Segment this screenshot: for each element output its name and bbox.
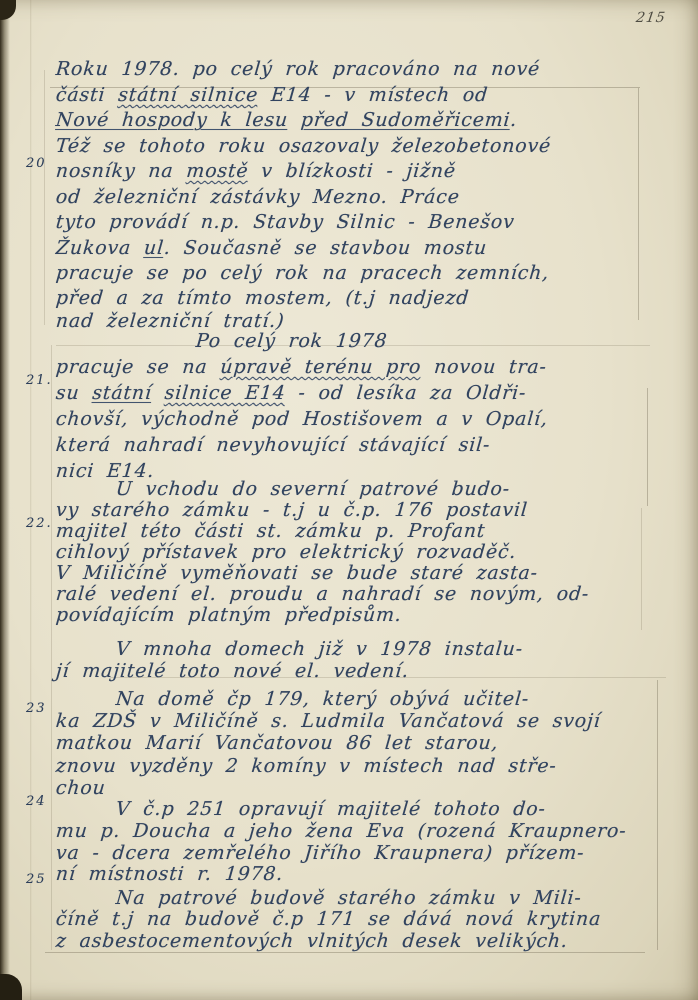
page-number: 215 <box>635 10 667 26</box>
handwritten-line: Nové hospody k lesu před Sudoměřicemi. <box>55 109 518 131</box>
text-segment: mostě <box>185 160 249 182</box>
text-segment: před a za tímto mostem, (t.j nadjezd <box>55 287 470 309</box>
dark-corner-bottom-left <box>0 974 22 1000</box>
text-segment: pracuje se po celý rok na pracech zemníc… <box>55 262 550 284</box>
text-segment: ka ZDŠ v Miličíně s. Ludmila Vančatová s… <box>55 710 602 732</box>
handwritten-line: V č.p 251 opravují majitelé tohoto do- <box>115 798 547 820</box>
text-segment: Po celý rok 1978 <box>195 330 388 352</box>
handwritten-line: od železniční zástávky Mezno. Práce <box>55 186 461 208</box>
slip-edge-line <box>44 70 45 325</box>
handwritten-line: chovší, východně pod Hostišovem a v Opal… <box>55 408 549 430</box>
text-segment: Na patrové budově starého zámku v Mili- <box>115 887 583 909</box>
handwritten-line: va - dcera zemřelého Jiřího Kraupnera) p… <box>55 842 585 864</box>
handwritten-line: před a za tímto mostem, (t.j nadjezd <box>55 287 470 309</box>
handwritten-line: ní místnosti r. 1978. <box>55 863 284 885</box>
text-segment: vy starého zámku - t.j u č.p. 176 postav… <box>55 499 529 521</box>
text-segment: tyto provádí n.p. Stavby Silnic - Benešo… <box>55 211 516 233</box>
text-segment: číně t.j na budově č.p 171 se dává nová … <box>55 908 602 930</box>
slip-edge-line <box>657 680 658 950</box>
text-segment: matkou Marií Vančatovou 86 let starou, <box>55 732 499 754</box>
margin-entry-number: 23 <box>26 701 60 716</box>
handwritten-line: chou <box>55 777 107 799</box>
margin-entry-number: 20 <box>26 156 60 171</box>
text-segment: pracuje se na <box>55 356 221 378</box>
text-segment: z asbestocementových vlnitých desek veli… <box>55 930 569 952</box>
handwritten-line: nosníky na mostě v blízkosti - jižně <box>55 160 457 182</box>
handwritten-line: Na patrové budově starého zámku v Mili- <box>115 887 583 909</box>
text-segment: Též se tohoto roku osazovaly železobeton… <box>55 135 552 157</box>
text-segment: před Sudoměřicemi <box>300 109 511 131</box>
text-segment: ní místnosti r. 1978. <box>55 863 284 885</box>
dark-corner-top-left <box>0 0 16 20</box>
text-segment: od železniční zástávky Mezno. Práce <box>55 186 461 208</box>
text-segment: znovu vyzděny 2 komíny v místech nad stř… <box>55 755 558 777</box>
text-segment: která nahradí nevyhovující stávající sil… <box>55 434 491 456</box>
slip-edge-line <box>638 88 639 320</box>
text-segment: ul <box>143 237 165 259</box>
text-segment: silnice E14 <box>164 382 287 404</box>
handwritten-line: nad železniční tratí.) <box>55 310 285 332</box>
handwritten-line: matkou Marií Vančatovou 86 let starou, <box>55 732 499 754</box>
slip-edge-line <box>51 345 52 950</box>
slip-edge-line <box>45 952 645 953</box>
slip-edge-line <box>647 388 648 506</box>
handwritten-line: Roku 1978. po celý rok pracováno na nové <box>55 58 541 80</box>
text-segment: V č.p 251 opravují majitelé tohoto do- <box>115 798 547 820</box>
slip-edge-line <box>641 508 642 630</box>
text-segment: - od lesíka za Oldři- <box>285 382 527 404</box>
handwritten-line: U vchodu do severní patrové budo- <box>115 478 511 500</box>
handwritten-line: která nahradí nevyhovující stávající sil… <box>55 434 491 456</box>
handwritten-line: z asbestocementových vlnitých desek veli… <box>55 930 569 952</box>
handwritten-line: povídajícím platným předpisům. <box>55 604 403 626</box>
text-segment: nad železniční tratí.) <box>55 310 285 332</box>
text-segment: novou tra- <box>420 356 547 378</box>
handwritten-line: Na domě čp 179, který obývá učitel- <box>115 688 530 710</box>
text-segment: Roku 1978. po celý rok pracováno na nové <box>55 58 541 80</box>
handwritten-line: ralé vedení el. proudu a nahradí se nový… <box>55 583 590 605</box>
handwritten-line: tyto provádí n.p. Stavby Silnic - Benešo… <box>55 211 516 233</box>
text-segment: ralé vedení el. proudu a nahradí se nový… <box>55 583 590 605</box>
text-segment: chou <box>55 777 107 799</box>
text-segment: . Současně se stavbou mostu <box>163 237 488 259</box>
text-segment: úpravě terénu pro <box>219 356 422 378</box>
text-segment: U vchodu do severní patrové budo- <box>115 478 511 500</box>
chronicle-page: 215 20 21. 22. 23 24 25 Roku 1978. po ce… <box>0 0 698 1000</box>
text-segment: E14 - v místech od <box>257 84 489 106</box>
text-segment: jí majitelé toto nové el. vedení. <box>55 660 410 682</box>
handwritten-line: Žukova ul. Současně se stavbou mostu <box>55 237 488 259</box>
handwritten-line: V Miličíně vyměňovati se bude staré zast… <box>55 562 539 584</box>
text-segment: Na domě čp 179, který obývá učitel- <box>115 688 530 710</box>
handwritten-line: V mnoha domech již v 1978 instalu- <box>115 638 524 660</box>
text-segment: . <box>510 109 519 131</box>
text-segment: státní silnice <box>117 84 259 106</box>
text-segment: majitel této části st. zámku p. Profant <box>55 520 486 542</box>
handwritten-line: ka ZDŠ v Miličíně s. Ludmila Vančatová s… <box>55 710 602 732</box>
text-segment: su <box>55 382 93 404</box>
text-segment: povídajícím platným předpisům. <box>55 604 403 626</box>
text-segment: státní <box>91 382 152 404</box>
text-segment: V Miličíně vyměňovati se bude staré zast… <box>55 562 539 584</box>
handwritten-line: znovu vyzděny 2 komíny v místech nad stř… <box>55 755 558 777</box>
text-segment: Žukova <box>55 237 145 259</box>
book-edge-shadow <box>0 0 10 1000</box>
handwritten-line: vy starého zámku - t.j u č.p. 176 postav… <box>55 499 529 521</box>
handwritten-line: su státní silnice E14 - od lesíka za Old… <box>55 382 527 404</box>
text-segment: části <box>55 84 119 106</box>
handwritten-line: číně t.j na budově č.p 171 se dává nová … <box>55 908 602 930</box>
text-segment: chovší, východně pod Hostišovem a v Opal… <box>55 408 549 430</box>
handwritten-line: pracuje se po celý rok na pracech zemníc… <box>55 262 550 284</box>
text-segment: v blízkosti - jižně <box>248 160 457 182</box>
text-segment: cihlový přístavek pro elektrický rozvadě… <box>55 541 517 563</box>
text-segment: nosníky na <box>55 160 187 182</box>
text-segment: va - dcera zemřelého Jiřího Kraupnera) p… <box>55 842 585 864</box>
text-segment: Nové hospody k lesu <box>55 109 289 131</box>
handwritten-line: pracuje se na úpravě terénu pro novou tr… <box>55 356 548 378</box>
page-crease <box>30 0 32 1000</box>
text-segment: mu p. Doucha a jeho žena Eva (rozená Kra… <box>55 820 627 842</box>
handwritten-line: majitel této části st. zámku p. Profant <box>55 520 486 542</box>
text-segment: V mnoha domech již v 1978 instalu- <box>115 638 524 660</box>
handwritten-line: mu p. Doucha a jeho žena Eva (rozená Kra… <box>55 820 627 842</box>
handwritten-line: jí majitelé toto nové el. vedení. <box>55 660 410 682</box>
handwritten-line: Po celý rok 1978 <box>195 330 388 352</box>
handwritten-line: cihlový přístavek pro elektrický rozvadě… <box>55 541 517 563</box>
handwritten-line: části státní silnice E14 - v místech od <box>55 84 489 106</box>
handwritten-line: Též se tohoto roku osazovaly železobeton… <box>55 135 552 157</box>
